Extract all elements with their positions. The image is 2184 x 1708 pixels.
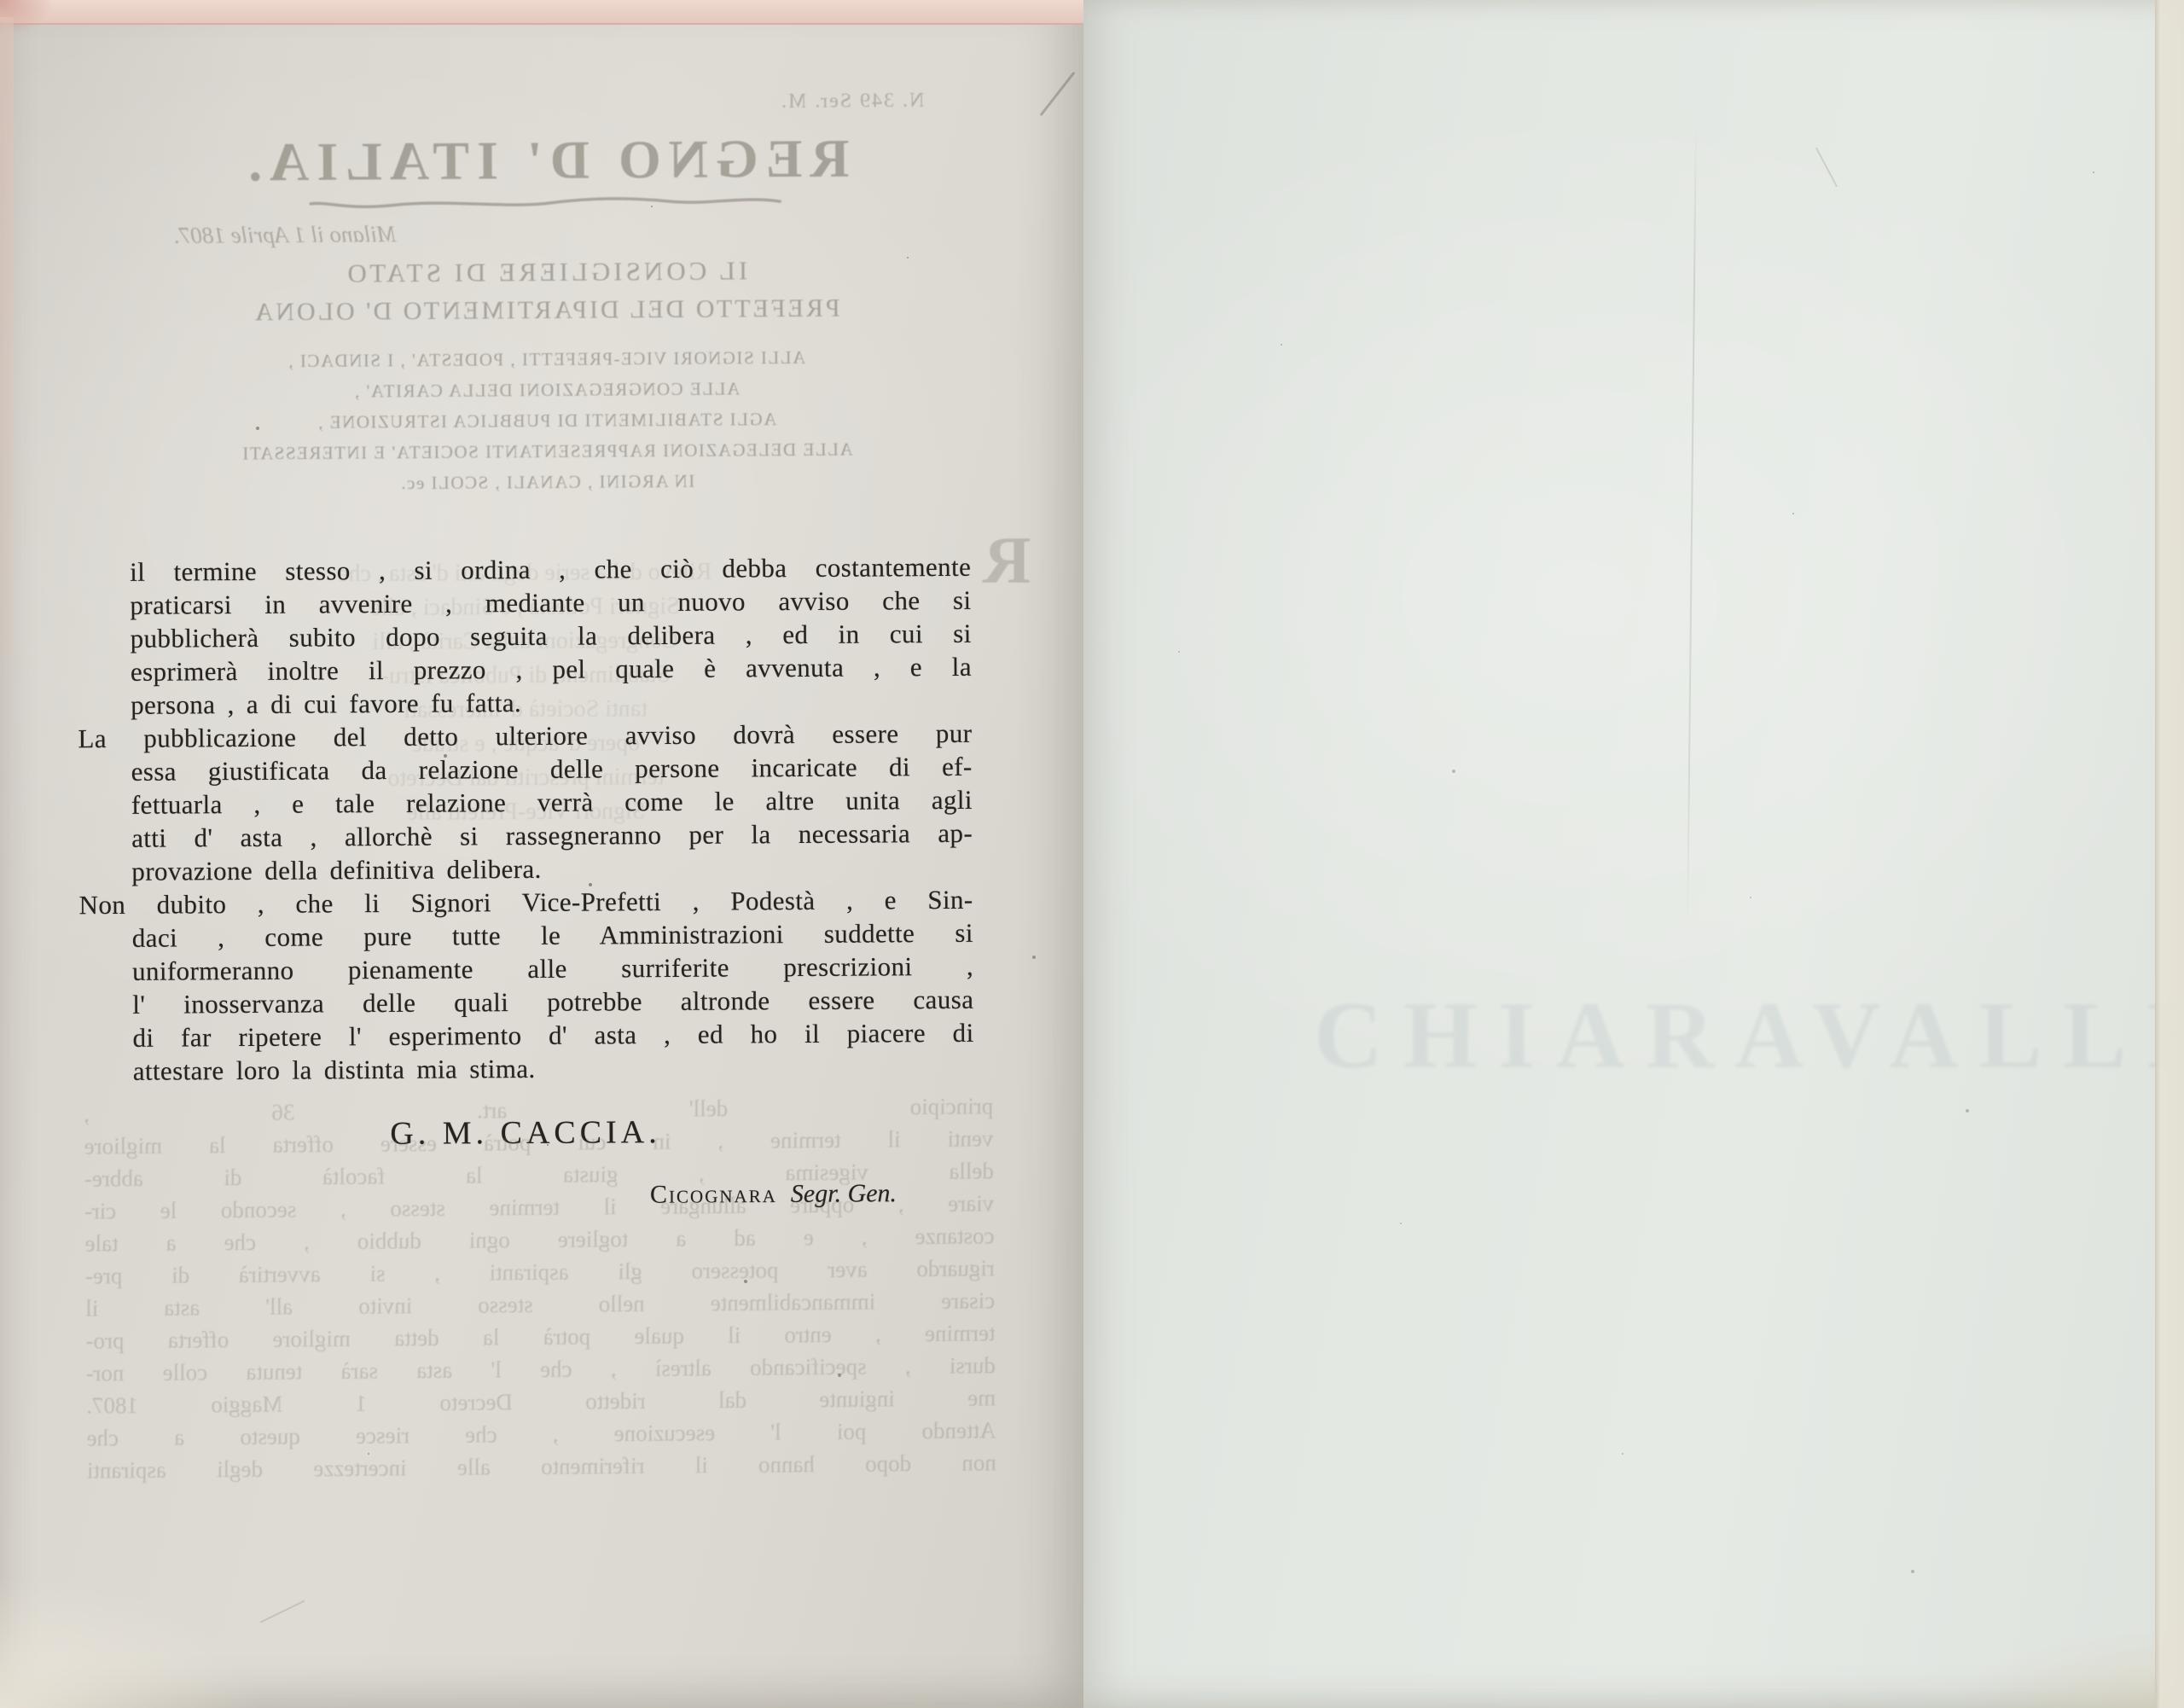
address-line: IN ARGINI , CANALI , SCOLI ec.: [400, 466, 695, 498]
issuer-line1-ghost: IL CONSIGLIERE DI STATO: [344, 255, 747, 288]
body-line: l' inosservanza delle quali potrebbe alt…: [132, 983, 973, 1021]
body-line: daci , come pure tutte le Amministrazion…: [132, 916, 973, 955]
address-block-ghost: ALLI SIGNORI VICE-PREFETTI , PODESTA' , …: [241, 341, 853, 499]
kingdom-title-ghost: REGNO D' ITALIA.: [241, 127, 850, 195]
decorative-rule-ghost: [306, 194, 784, 215]
ghost-dropcap: R: [983, 522, 1031, 599]
series-note-ghost: N. 349 Ser. M.: [780, 90, 925, 113]
dateline-ghost: Milano il 1 Aprile 1807.: [173, 221, 396, 249]
paper-crease: [1687, 119, 1697, 930]
dust-specks: [0, 0, 3, 3]
ghost-line: non dopo hanno il riferimento alle incer…: [87, 1446, 996, 1486]
body-line: La pubblicazione del detto ulteriore avv…: [78, 717, 972, 755]
left-page: N. 349 Ser. M. REGNO D' ITALIA. Milano i…: [0, 0, 1083, 1708]
bleedthrough-header: N. 349 Ser. M. REGNO D' ITALIA. Milano i…: [126, 90, 965, 501]
page-corner-bottom-right: [1962, 1631, 2184, 1708]
bleedthrough-watermark: CHIARAVALLE: [1314, 981, 2184, 1091]
address-line: ALLI SIGNORI VICE-PREFETTI , PODESTA' , …: [288, 342, 806, 376]
issuer-line2-ghost: PREFETTO DEL DIPARTIMENTO D' OLONA: [253, 294, 840, 328]
body-line: essa giustificata da relazione delle per…: [131, 750, 973, 788]
body-line: persona , a di cui favore fu fatta.: [131, 683, 972, 722]
body-line: Non dubito , che li Signori Vice-Prefett…: [78, 883, 973, 921]
page-edge-left: [0, 17, 14, 785]
body-line: attestare loro la distinta mia stima.: [133, 1049, 974, 1088]
body-line: praticarsi in avvenire , mediante un nuo…: [130, 584, 971, 622]
body-line: atti d' asta , allorchè si rassegneranno…: [131, 816, 973, 855]
body-line: il termine stesso , si ordina , che ciò …: [130, 550, 971, 589]
body-line: di far ripetere l' esperimento d' asta ,…: [132, 1016, 973, 1054]
bleedthrough-footer: principio dell' art. 36 , venti il termi…: [84, 1089, 996, 1486]
body-line: uniformeranno pienamente alle surriferit…: [132, 950, 973, 988]
address-line: ALLE CONGREGAZIONI DELLA CARITA' ,: [353, 373, 740, 406]
body-line: esprimerà inoltre il prezzo , pel quale …: [131, 650, 972, 688]
body-line: pubblicherà subito dopo seguita la delib…: [131, 617, 972, 655]
body-text: il termine stesso , si ordina , che ciò …: [77, 550, 974, 1088]
right-page: CHIARAVALLE: [1083, 0, 2184, 1708]
page-corner-bottom-left: [0, 1580, 256, 1708]
body-line: fettuarla , e tale relazione verrà come …: [131, 783, 973, 822]
document-scan: N. 349 Ser. M. REGNO D' ITALIA. Milano i…: [0, 0, 2184, 1708]
body-line: provazione della definitiva delibera.: [131, 850, 973, 888]
scan-right-edge: [2155, 0, 2184, 1708]
address-line: AGLI STABILIMENTI DI PUBBLICA ISTRUZIONE…: [317, 404, 777, 438]
address-line: ALLE DELEGAZIONI RAPPRESENTANTI SOCIETA'…: [241, 433, 853, 468]
